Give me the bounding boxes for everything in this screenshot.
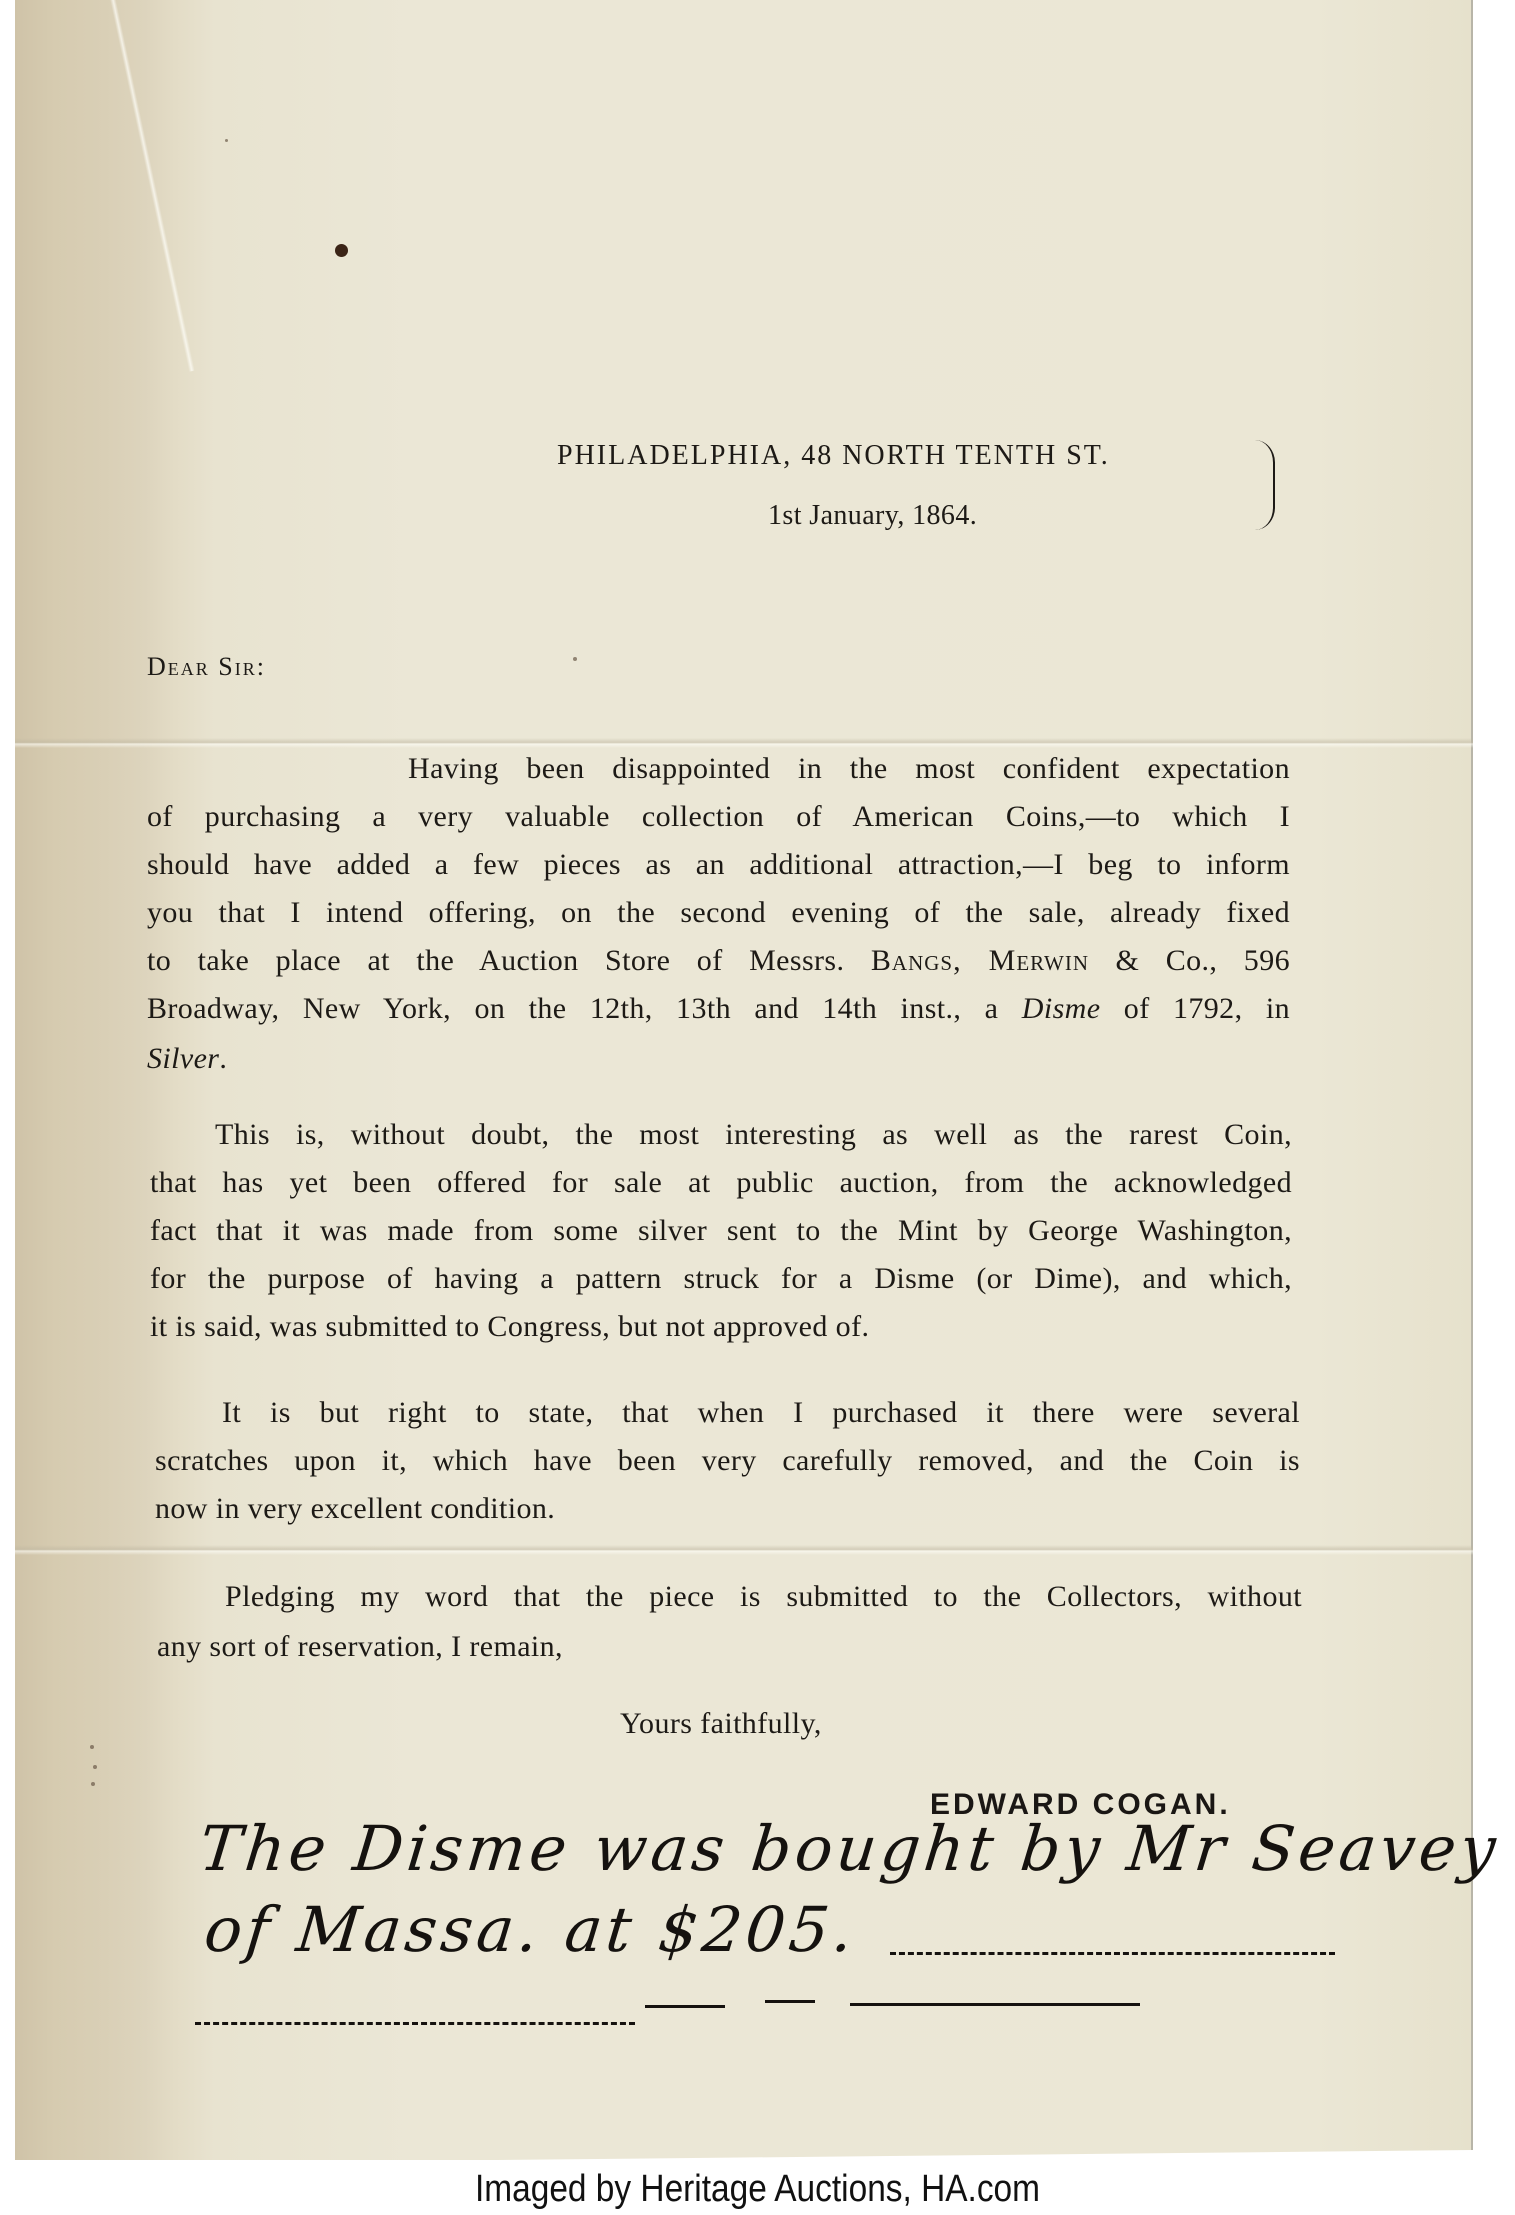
wrinkle xyxy=(110,0,195,372)
paragraph-line: This is, without doubt, the most interes… xyxy=(215,1118,1292,1152)
salutation: Dear Sir: xyxy=(147,652,266,682)
text-run: . xyxy=(219,1042,227,1075)
paragraph-line: for the purpose of having a pattern stru… xyxy=(150,1262,1292,1296)
paper-speck xyxy=(573,657,577,661)
text-run: & Co., 596 xyxy=(1089,944,1290,977)
paragraph-line: It is but right to state, that when I pu… xyxy=(222,1396,1300,1430)
ink-spot xyxy=(335,244,348,257)
letterhead-address: PHILADELPHIA, 48 NORTH TENTH ST. xyxy=(557,440,1110,472)
text-run: to take place at the Auction Store of Me… xyxy=(147,944,871,977)
paragraph-line: now in very excellent condition. xyxy=(155,1492,555,1526)
text-run: of 1792, in xyxy=(1100,992,1290,1025)
paragraph-line: fact that it was made from some silver s… xyxy=(150,1214,1292,1248)
handwritten-note-line-1: The Disme was bought by Mr Seavey xyxy=(196,1812,1503,1885)
metal-name: Silver xyxy=(147,1042,219,1075)
firm-name: Bangs, Merwin xyxy=(871,944,1089,977)
paragraph-line: should have added a few pieces as an add… xyxy=(147,848,1290,882)
text-run: Broadway, New York, on the 12th, 13th an… xyxy=(147,992,1022,1025)
fold-crease xyxy=(15,1545,1473,1555)
paper-speck xyxy=(225,139,228,142)
handwritten-dash-line xyxy=(195,2022,635,2025)
paragraph-line: any sort of reservation, I remain, xyxy=(157,1630,563,1664)
handwritten-dash-line xyxy=(765,2000,815,2003)
paragraph-line: it is said, was submitted to Congress, b… xyxy=(150,1310,869,1344)
paragraph-line: scratches upon it, which have been very … xyxy=(155,1444,1300,1478)
paper-speck xyxy=(93,1765,97,1769)
paragraph-line: Pledging my word that the piece is submi… xyxy=(225,1580,1302,1614)
paragraph-line: you that I intend offering, on the secon… xyxy=(147,896,1290,930)
paragraph-line: that has yet been offered for sale at pu… xyxy=(150,1166,1292,1200)
coin-name: Disme xyxy=(1022,992,1101,1025)
image-credit: Imaged by Heritage Auctions, HA.com xyxy=(91,2168,1424,2211)
closing: Yours faithfully, xyxy=(620,1707,822,1741)
handwritten-dash-line xyxy=(890,1952,1335,1955)
paragraph-line: of purchasing a very valuable collection… xyxy=(147,800,1290,834)
handwritten-underline xyxy=(850,2003,1140,2006)
paragraph-line: to take place at the Auction Store of Me… xyxy=(147,944,1290,978)
fold-crease xyxy=(15,738,1473,748)
handwritten-note-line-2: of Massa. at $205. xyxy=(201,1893,860,1966)
handwritten-dash-line xyxy=(645,2005,725,2008)
paper-speck xyxy=(90,1745,94,1749)
brace-mark xyxy=(1255,440,1275,530)
paragraph-line: Silver. xyxy=(147,1042,227,1076)
letter-date: 1st January, 1864. xyxy=(768,500,977,532)
paragraph-line: Broadway, New York, on the 12th, 13th an… xyxy=(147,992,1290,1026)
paragraph-line: Having been disappointed in the most con… xyxy=(408,752,1290,786)
paper-speck xyxy=(91,1782,95,1786)
